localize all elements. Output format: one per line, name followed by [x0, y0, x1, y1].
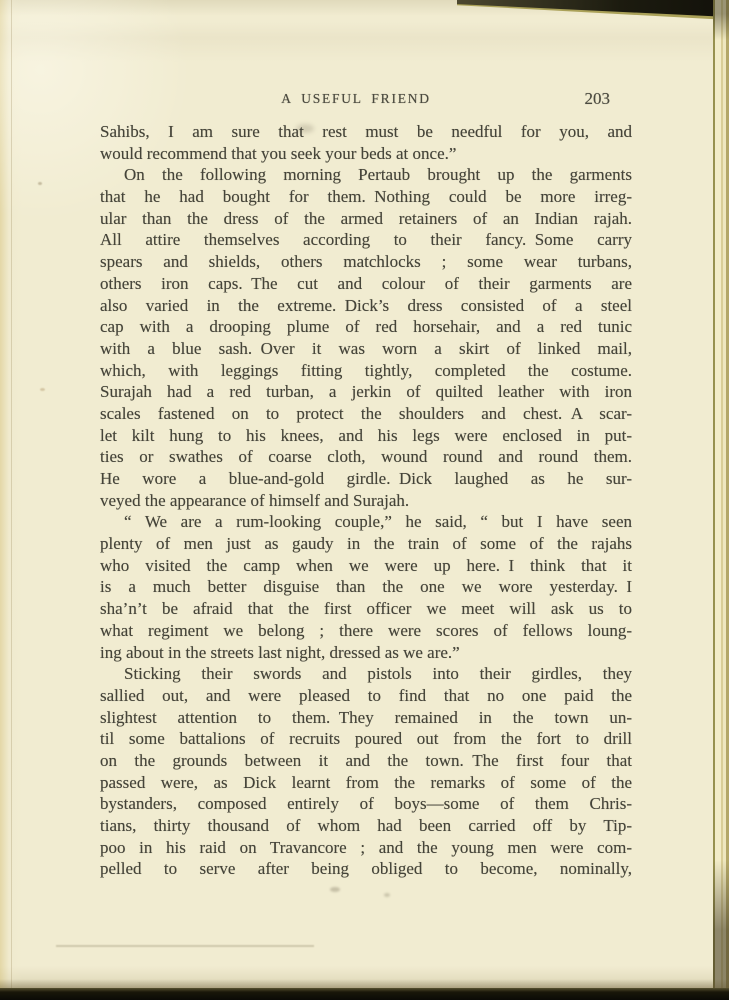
text-line: Surajah had a red turban, a jerkin of qu…	[100, 381, 632, 403]
text-line: also varied in the extreme. Dick’s dress…	[100, 295, 632, 317]
text-line: pelled to serve after being obliged to b…	[100, 858, 632, 880]
text-line: cap with a drooping plume of red horseha…	[100, 316, 632, 338]
text-line: sha’n’t be afraid that the first officer…	[100, 598, 632, 620]
text-line: poo in his raid on Travancore ; and the …	[100, 837, 632, 859]
text-line: what regiment we belong ; there were sco…	[100, 620, 632, 642]
page-edge-bottom	[0, 988, 729, 1000]
text-line: “ We are a rum-looking couple,” he said,…	[100, 511, 632, 533]
text-line: that he had bought for them. Nothing cou…	[100, 186, 632, 208]
text-line: plenty of men just as gaudy in the train…	[100, 533, 632, 555]
text-line: He wore a blue-and-gold girdle. Dick lau…	[100, 468, 632, 490]
page-edge-bottom-shadow	[0, 979, 729, 988]
text-line: let kilt hung to his knees, and his legs…	[100, 425, 632, 447]
text-line: would recommend that you seek your beds …	[100, 143, 632, 165]
text-line: ties or swathes of coarse cloth, wound r…	[100, 446, 632, 468]
text-line: scales fastened on to protect the should…	[100, 403, 632, 425]
text-line: Sticking their swords and pistols into t…	[100, 663, 632, 685]
text-line: ing about in the streets last night, dre…	[100, 642, 632, 664]
text-line: others iron caps. The cut and colour of …	[100, 273, 632, 295]
text-line: sallied out, and were pleased to find th…	[100, 685, 632, 707]
text-line: Sahibs, I am sure that rest must be need…	[100, 121, 632, 143]
scanned-book-page: A USEFUL FRIEND 203 Sahibs, I am sure th…	[0, 0, 729, 1000]
body-text: Sahibs, I am sure that rest must be need…	[100, 121, 632, 880]
text-line: passed were, as Dick learnt from the rem…	[100, 772, 632, 794]
page-number: 203	[585, 89, 611, 109]
text-line: who visited the camp when we were up her…	[100, 555, 632, 577]
text-line: is a much better disguise than the one w…	[100, 576, 632, 598]
chapter-running-title: A USEFUL FRIEND	[100, 91, 612, 107]
text-line: til some battalions of recruits poured o…	[100, 728, 632, 750]
text-line: with a blue sash. Over it was worn a ski…	[100, 338, 632, 360]
text-line: All attire themselves according to their…	[100, 229, 632, 251]
paper-crease	[11, 0, 12, 988]
text-line: tians, thirty thousand of whom had been …	[100, 815, 632, 837]
text-line: on the grounds between it and the town. …	[100, 750, 632, 772]
page-edge-right	[713, 0, 729, 1000]
text-line: ular than the dress of the armed retaine…	[100, 208, 632, 230]
running-header: A USEFUL FRIEND 203	[100, 89, 632, 109]
text-line: spears and shields, others matchlocks ; …	[100, 251, 632, 273]
text-line: slightest attention to them. They remain…	[100, 707, 632, 729]
text-line: bystanders, composed entirely of boys—so…	[100, 793, 632, 815]
text-line: On the following morning Pertaub brought…	[100, 164, 632, 186]
text-line: which, with leggings fitting tightly, co…	[100, 360, 632, 382]
text-line: veyed the appearance of himself and Sura…	[100, 490, 632, 512]
